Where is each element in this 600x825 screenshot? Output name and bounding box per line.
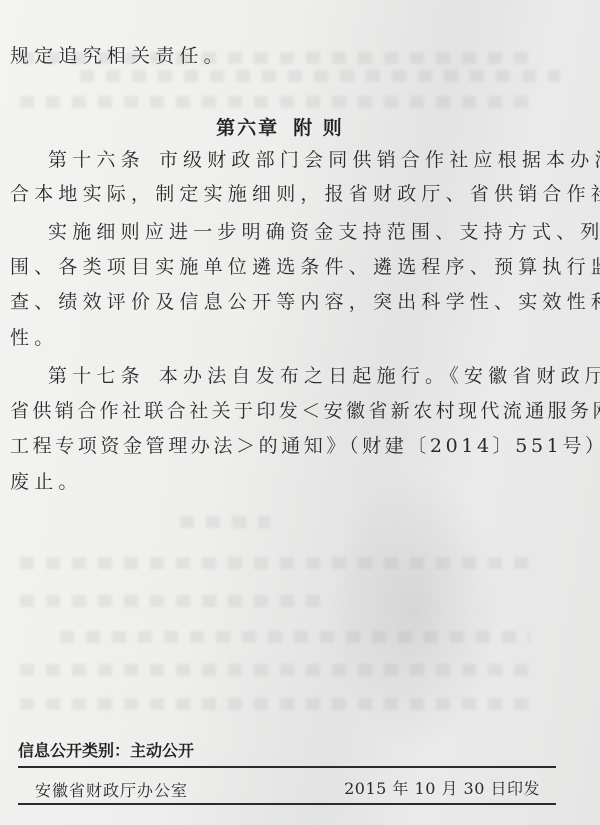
article-label: 第十七条 xyxy=(48,365,145,387)
chapter-number: 第六章 xyxy=(216,117,279,139)
bleed-through-text xyxy=(20,664,530,676)
issuing-office: 安徽省财政厅办公室 xyxy=(35,778,188,801)
article-16-line-2: 合本地实际，制定实施细则，报省财政厅、省供销合作社备案。 xyxy=(10,182,600,206)
bleed-through-text xyxy=(20,595,320,607)
paragraph-line-2: 围、各类项目实施单位遴选条件、遴选程序、预算执行监督检 xyxy=(10,255,600,279)
paragraph-line-1: 实施细则应进一步明确资金支持范围、支持方式、列支范 xyxy=(48,220,600,244)
bleed-through-text xyxy=(20,557,540,569)
chapter-name: 附 则 xyxy=(293,117,344,139)
article-text: 市级财政部门会同供销合作社应根据本办法，结 xyxy=(159,149,600,171)
article-17-line-3: 工程专项资金管理办法＞的通知》（财建〔2014〕551号）同时 xyxy=(10,434,600,458)
article-label: 第十六条 xyxy=(48,149,145,171)
article-text: 本办法自发布之日起施行。《安徽省财政厅 安徽 xyxy=(159,365,600,387)
previous-page-tail: 规定追究相关责任。 xyxy=(10,44,228,68)
bleed-through-text xyxy=(80,70,560,82)
article-16-line-1: 第十六条市级财政部门会同供销合作社应根据本办法，结 xyxy=(48,148,600,172)
article-17-line-2: 省供销合作社联合社关于印发＜安徽省新农村现代流通服务网络 xyxy=(10,399,600,423)
article-17-line-1: 第十七条本办法自发布之日起施行。《安徽省财政厅 安徽 xyxy=(48,364,600,388)
paragraph-line-4: 性。 xyxy=(10,326,58,350)
bleed-through-text xyxy=(20,698,540,710)
bleed-through-text xyxy=(20,96,540,108)
disclosure-category: 信息公开类别：主动公开 xyxy=(18,738,194,761)
footer-rule-top xyxy=(18,766,556,768)
paragraph-line-3: 查、绩效评价及信息公开等内容，突出科学性、实效性和可操作 xyxy=(10,290,600,314)
issue-date: 2015 年 10 月 30 日印发 xyxy=(344,776,540,799)
chapter-title: 第六章附 则 xyxy=(0,113,560,140)
article-17-line-4: 废止。 xyxy=(10,470,83,494)
footer-rule-bottom xyxy=(18,803,556,805)
bleed-through-text xyxy=(180,516,270,528)
bleed-through-text xyxy=(60,631,530,643)
